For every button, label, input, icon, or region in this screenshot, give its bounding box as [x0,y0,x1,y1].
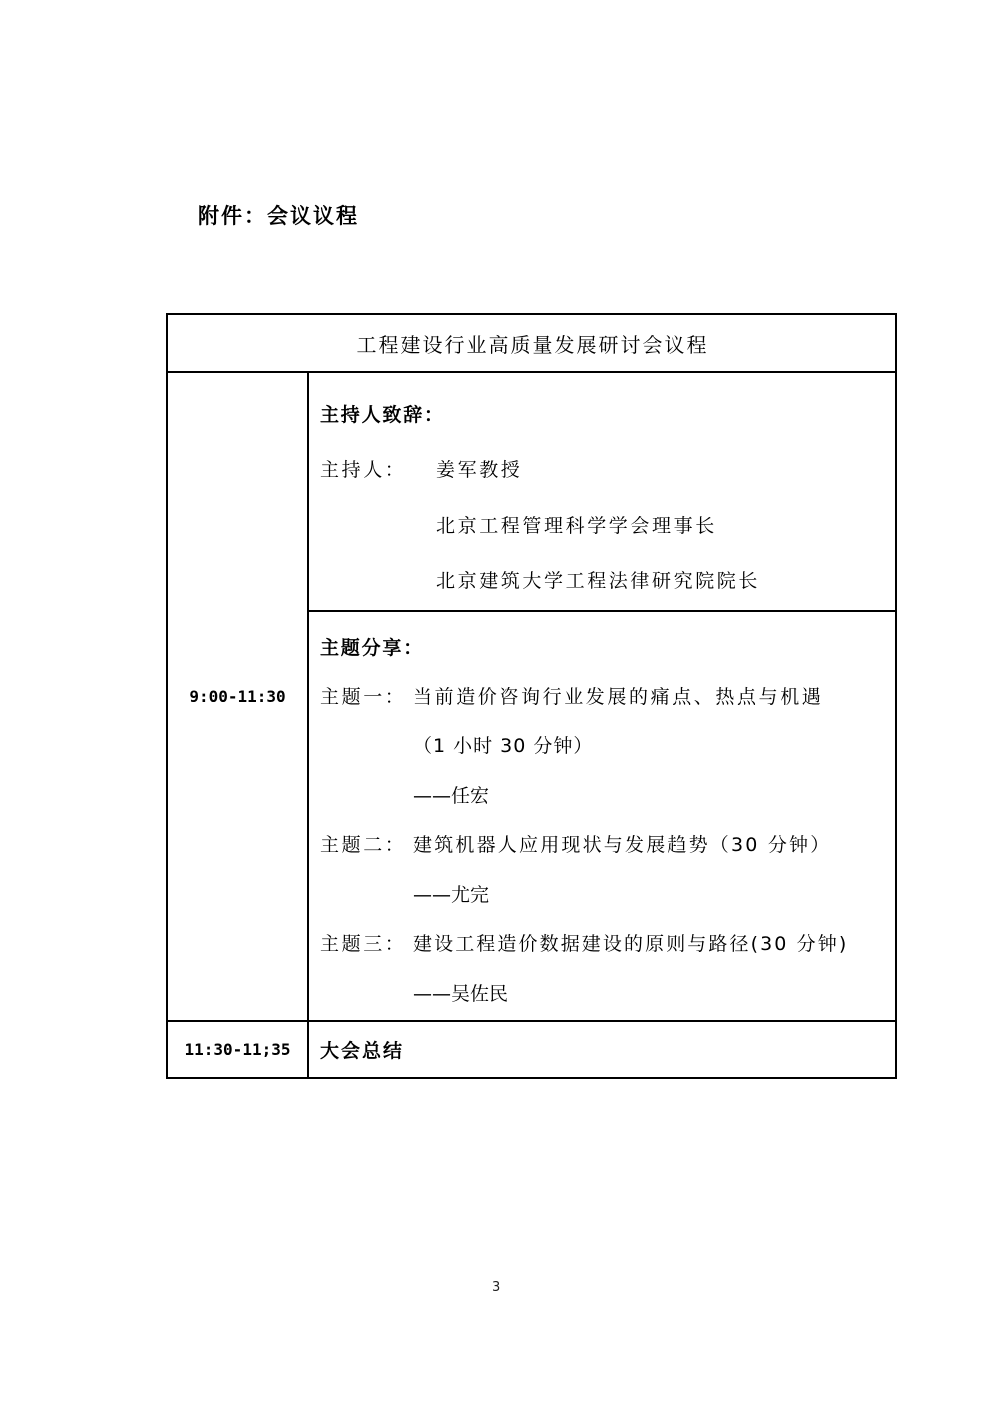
host-title-1: 北京工程管理科学学会理事长 [436,514,717,538]
summary-cell: 大会总结 [309,1022,895,1077]
topic-2-title: 建筑机器人应用现状与发展趋势（30 分钟） [413,833,831,857]
attachment-title: 附件：会议议程 [198,201,359,231]
topic-1-duration: （1 小时 30 分钟） [413,734,593,758]
host-label: 主持人： [320,458,406,482]
session-time-cell: 11:30-11;35 [168,1022,309,1077]
session-time-cell: 9:00-11:30 [168,373,309,1022]
topic-1-speaker: ——任宏 [413,784,489,808]
host-title-2: 北京建筑大学工程法律研究院院长 [436,569,760,593]
host-name: 姜军教授 [436,458,522,482]
agenda-title: 工程建设行业高质量发展研讨会议程 [357,329,709,358]
session-time: 11:30-11;35 [185,1040,291,1059]
page-number: 3 [492,1280,500,1295]
topic-2-label: 主题二： [320,833,406,857]
host-remarks-heading: 主持人致辞： [320,403,445,427]
topic-3-label: 主题三： [320,932,406,956]
topic-2-speaker: ——尤完 [413,883,489,907]
topic-3-title: 建设工程造价数据建设的原则与路径(30 分钟) [413,932,848,956]
topic-sharing-heading: 主题分享： [320,636,424,660]
session-time: 9:00-11:30 [189,687,285,706]
topic-sharing-cell: 主题分享： 主题一： 当前造价咨询行业发展的痛点、热点与机遇 （1 小时 30 … [309,612,895,1022]
topic-3-speaker: ——吴佐民 [413,982,508,1006]
agenda-title-row: 工程建设行业高质量发展研讨会议程 [168,315,895,373]
agenda-table: 工程建设行业高质量发展研讨会议程 9:00-11:30 主持人致辞： 主持人： … [166,313,897,1079]
topic-1-label: 主题一： [320,685,406,709]
topic-1-title: 当前造价咨询行业发展的痛点、热点与机遇 [413,685,823,709]
summary-label: 大会总结 [320,1036,404,1063]
host-remarks-cell: 主持人致辞： 主持人： 姜军教授 北京工程管理科学学会理事长 北京建筑大学工程法… [309,373,895,612]
